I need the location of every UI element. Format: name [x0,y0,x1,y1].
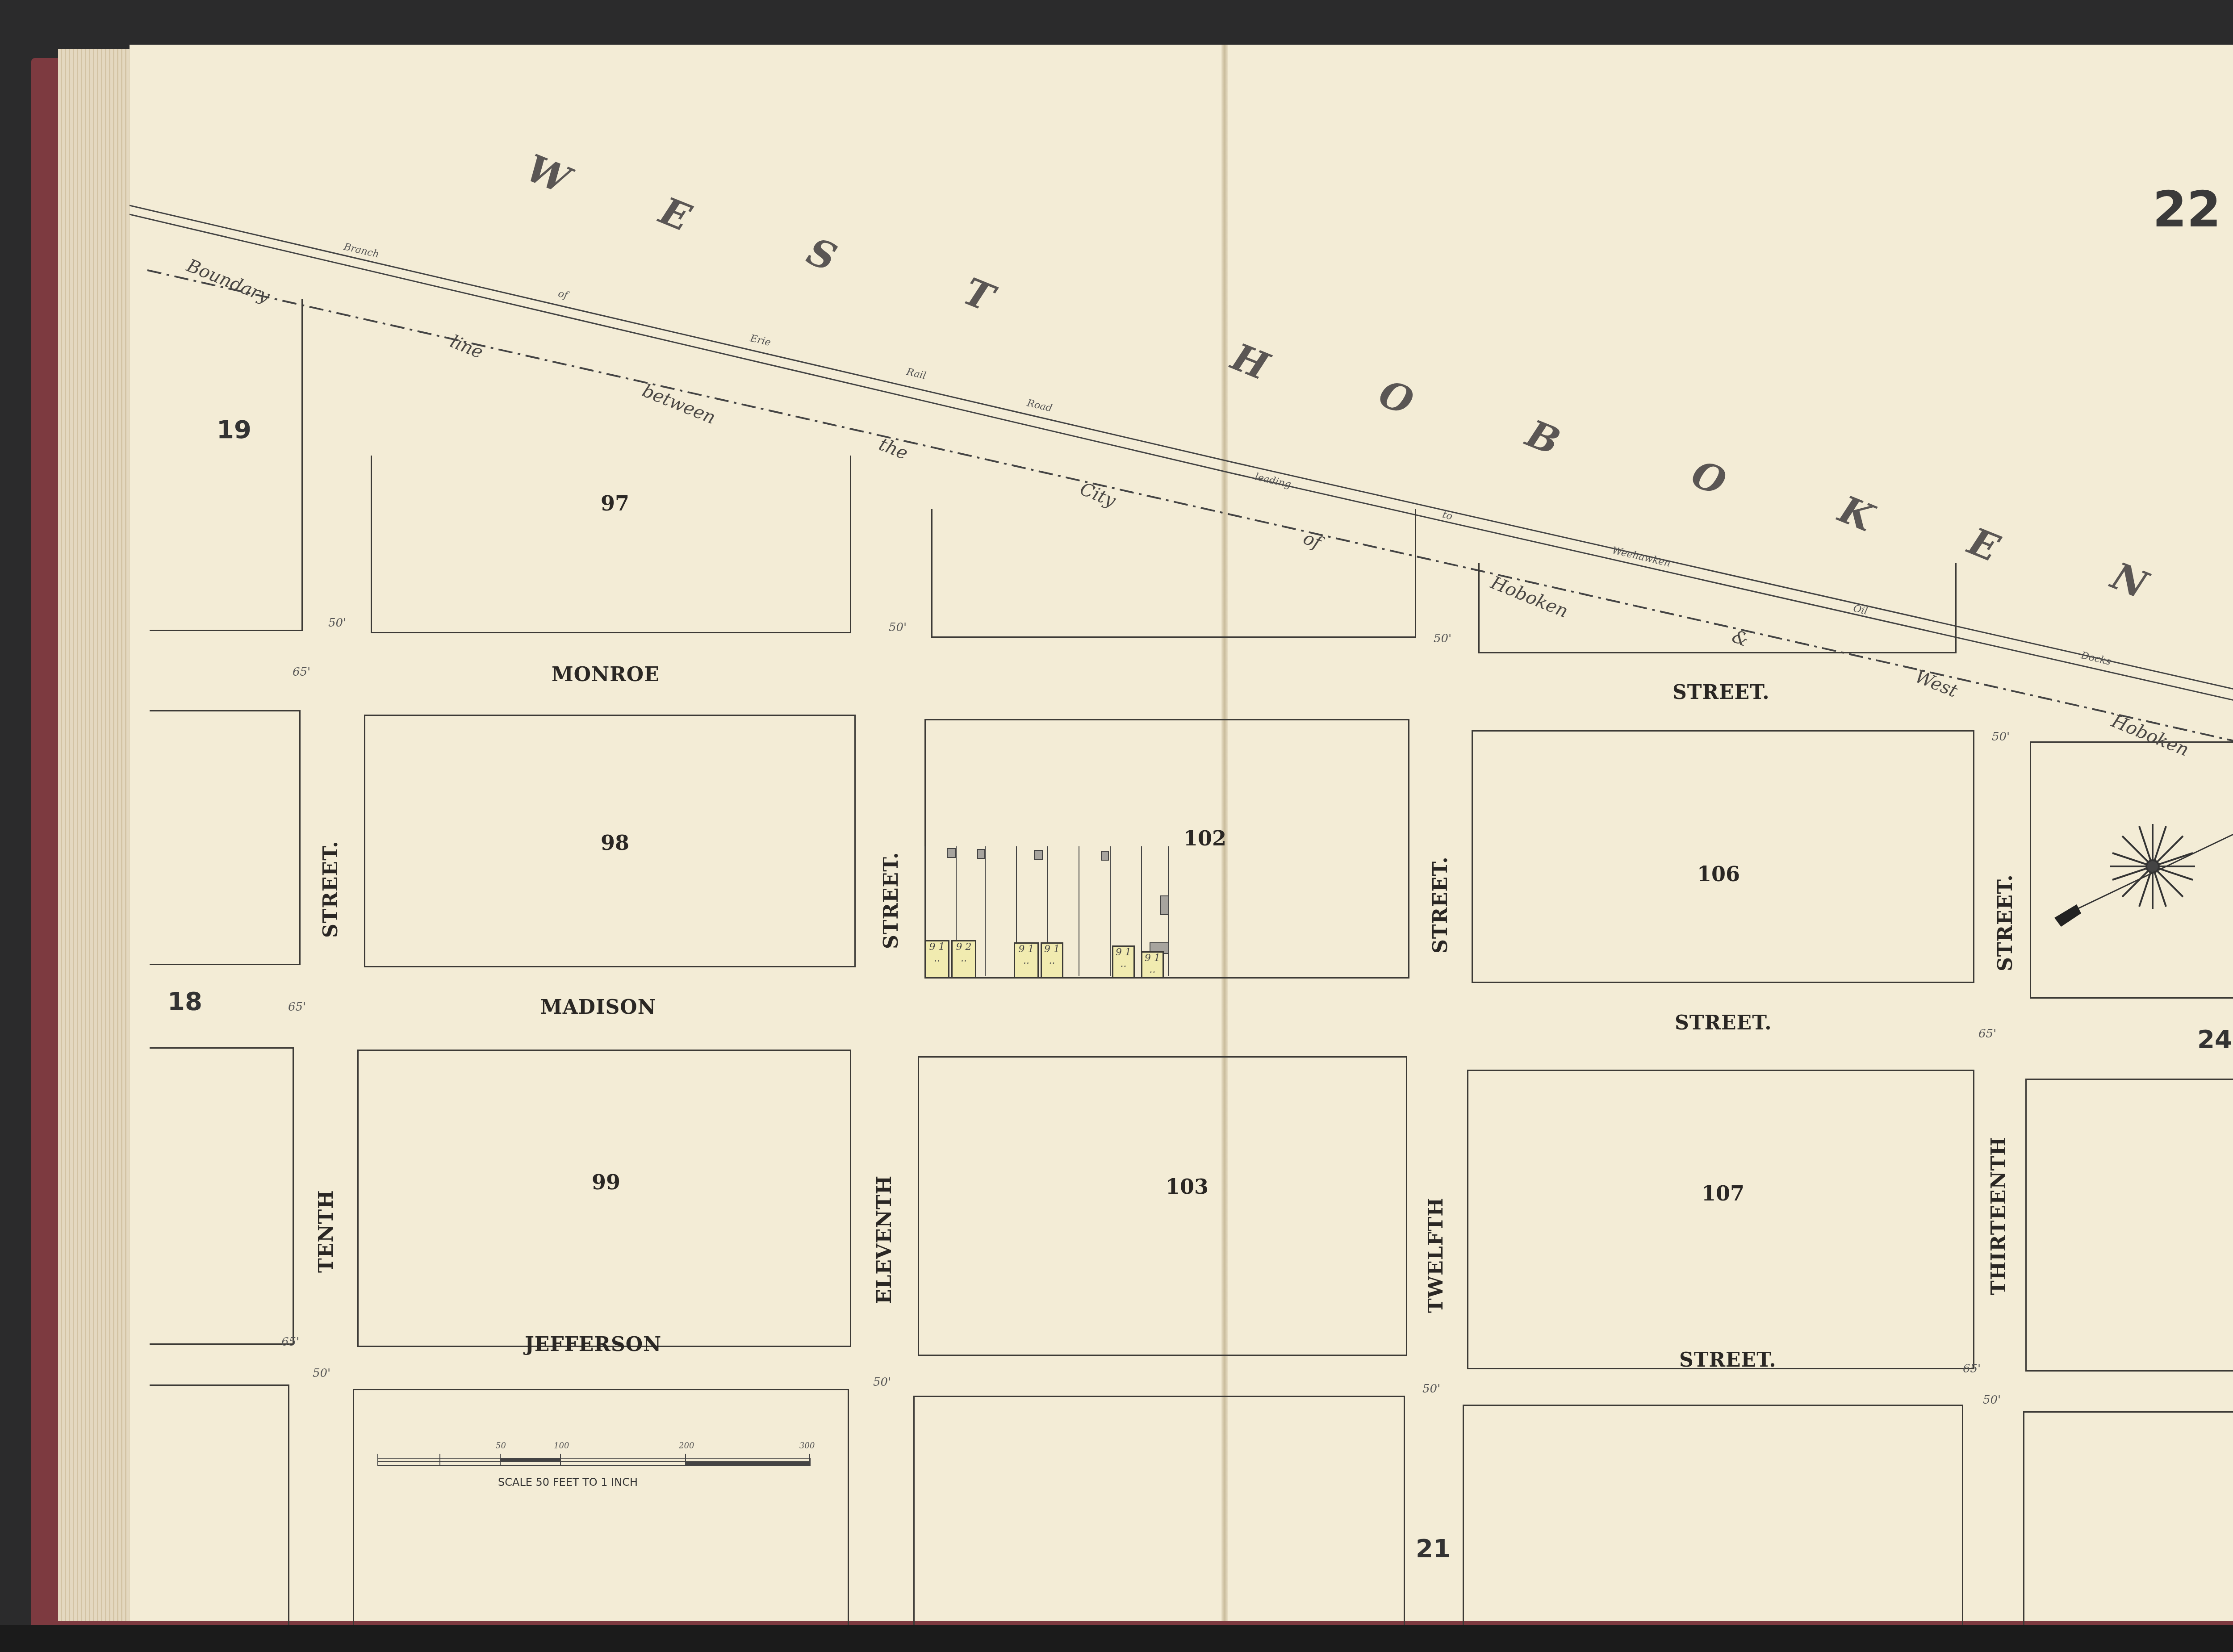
street-width-mark: 65' [293,665,310,679]
street-tenth-suffix: STREET. [319,841,342,938]
adjoining-sheet-19: 19 [217,415,251,444]
block-18-bottom [150,1047,294,1345]
dwelling-lot: 9 2 .. [951,940,976,979]
block-103 [918,1056,1407,1356]
block-number: 103 [1166,1175,1208,1199]
scan-background-bottom [0,1625,2233,1652]
lot-divider [1079,846,1079,976]
street-jefferson-suffix: STREET. [1679,1349,1777,1372]
scale-tick: 100 [554,1441,569,1451]
compass-rose-icon [2050,799,2233,942]
lot-divider [1110,846,1111,976]
block-18-top [150,710,301,965]
lot-divider [985,846,986,976]
block-number: 99 [592,1170,620,1194]
block-19-edge [150,299,303,631]
street-width-mark: 65' [1978,1027,1996,1041]
page-stack-left [58,49,134,1621]
street-width-mark: 50' [328,616,346,630]
dwelling-lot: 9 1 .. [1014,942,1039,979]
block-lower-5 [2023,1411,2233,1627]
street-width-mark: 65' [1963,1362,1981,1376]
street-width-mark: 50' [313,1367,330,1380]
street-madison-suffix: STREET. [1675,1012,1772,1034]
block-number: 98 [601,831,629,855]
block-number: 102 [1183,826,1226,850]
block-lower-3 [913,1396,1405,1627]
adjoining-sheet-24: 24 [2197,1025,2232,1054]
block-lower-1 [150,1384,289,1627]
scale-tick: 200 [679,1441,694,1451]
block-101 [931,509,1416,638]
block-number: 97 [601,491,629,515]
scale-tick: 300 [799,1441,815,1451]
lot-row: 9 1 .. 9 2 .. 9 1 .. 9 1 .. 9 1 .. 9 1 .… [924,846,1188,980]
outbuilding [1160,895,1169,915]
page-number: 22 [2153,181,2221,238]
scale-bar: 50 100 200 300 SCALE 50 FEET TO 1 INCH [377,1445,811,1498]
street-width-mark: 65' [281,1335,299,1349]
dwelling-lot: 9 1 .. [924,940,949,979]
block-97 [371,456,851,633]
fire-insurance-map: 9 1 .. 9 2 .. 9 1 .. 9 1 .. 9 1 .. 9 1 .… [130,45,2233,1621]
street-eleventh-suffix: STREET. [880,852,903,949]
block-106 [1472,730,1974,983]
block-24-edge [2025,1079,2233,1372]
street-width-mark: 50' [1983,1393,2001,1407]
outbuilding [1034,850,1043,860]
street-width-mark: 50' [1422,1382,1440,1396]
block-lower-2 [353,1389,849,1627]
street-width-mark: 50' [873,1376,891,1389]
outbuilding [977,849,985,859]
street-eleventh: ELEVENTH [873,1175,896,1304]
block-99 [357,1050,851,1347]
scale-label: SCALE 50 FEET TO 1 INCH [498,1476,638,1489]
street-monroe-suffix: STREET. [1673,681,1770,704]
dwelling-lot: 9 1 .. [1141,951,1164,979]
adjoining-sheet-18: 18 [167,987,202,1016]
block-number: 106 [1697,862,1740,886]
street-tenth: TENTH [315,1190,338,1273]
adjoining-sheet-21: 21 [1416,1534,1451,1563]
street-width-mark: 50' [889,621,907,634]
street-width-mark: 50' [1434,632,1451,645]
street-monroe: MONROE [552,663,660,686]
outbuilding [947,848,956,858]
dwelling-lot: 9 1 .. [1041,942,1063,979]
street-jefferson: JEFFERSON [525,1333,661,1356]
block-lower-4 [1463,1405,1963,1627]
street-madison: MADISON [540,996,656,1019]
street-thirteenth: THIRTEENTH [1987,1137,2010,1295]
street-width-mark: 65' [288,1000,306,1014]
dwelling-lot: 9 1 .. [1112,945,1135,979]
outbuilding [1101,851,1109,861]
street-twelfth: TWELFTH [1425,1197,1447,1313]
street-width-mark: 50' [1992,730,2010,744]
street-twelfth-suffix: STREET. [1429,856,1452,954]
block-107 [1467,1070,1974,1369]
scale-ruler [377,1445,811,1472]
block-number: 107 [1702,1181,1744,1205]
scale-tick: 50 [496,1441,506,1451]
street-thirteenth-suffix: STREET. [1994,874,2017,971]
